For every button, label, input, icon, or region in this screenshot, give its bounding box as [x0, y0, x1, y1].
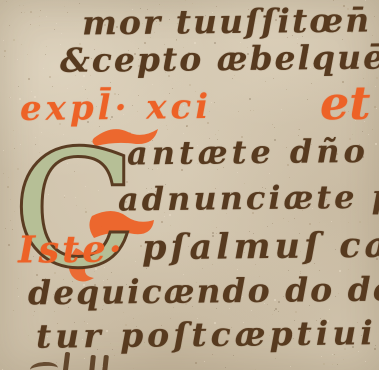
ms-line-5: adnunciæte p̄ [118, 178, 379, 219]
et-rubric: et [320, 76, 371, 131]
ms-line-6: pſalmuſ cæ [142, 225, 379, 269]
ms-line-1: mor tuuſſitœn̄ [82, 0, 372, 42]
iste-rubric: Iste· [18, 226, 125, 271]
ms-line-7: dequicændo do domuſ [28, 269, 379, 313]
ms-line-8: tur poſtcæptiui [36, 313, 377, 356]
ms-line-2: &cepto æbelquē o [60, 37, 379, 80]
ms-line-4: antæte dño c [127, 132, 379, 173]
manuscript-page: mor tuuſſitœn̄ &cepto æbelquē o expl̄· x… [0, 0, 379, 370]
explicit-rubric: expl̄· xci [20, 87, 213, 129]
